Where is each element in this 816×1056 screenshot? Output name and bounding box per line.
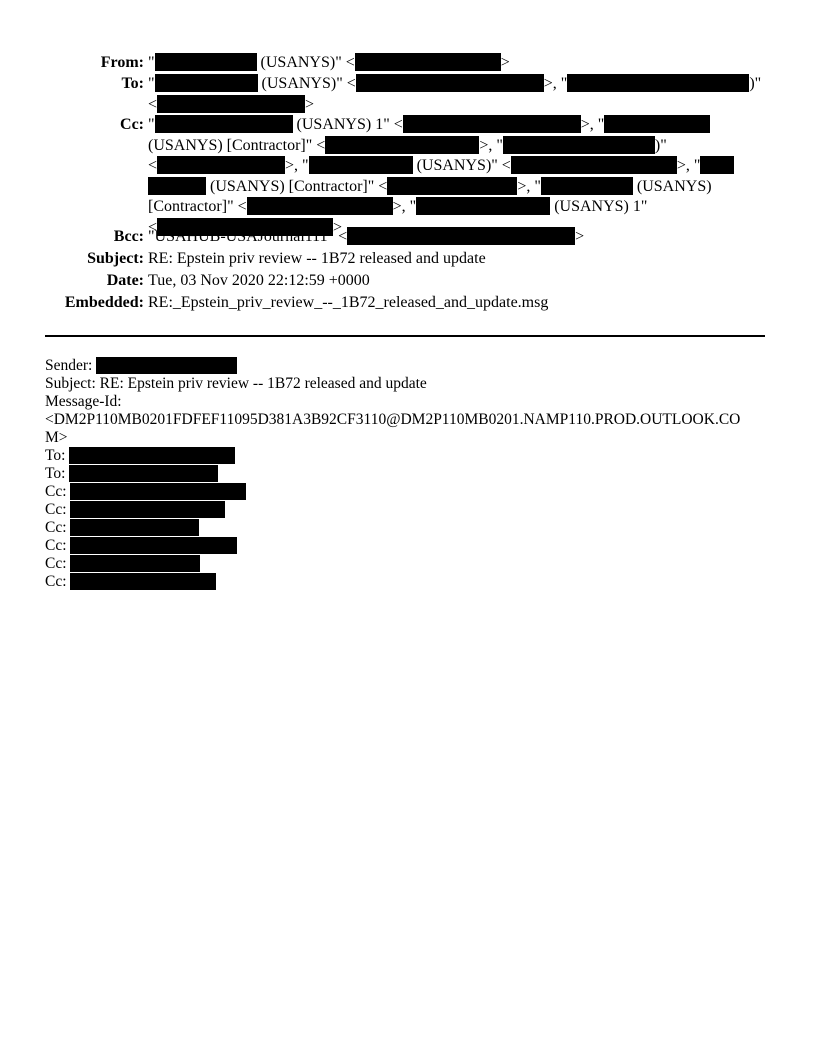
recipient-line: Cc:	[45, 555, 775, 573]
embedded-label: Embedded:	[65, 293, 144, 313]
redaction-block	[541, 177, 633, 195]
section-divider	[45, 335, 765, 337]
redaction-block	[70, 573, 216, 590]
date-label: Date:	[107, 271, 144, 291]
redaction-block	[70, 555, 200, 572]
redaction-block	[155, 53, 257, 71]
bcc-value: "USAHUB-USAJournal111" <>	[148, 227, 778, 248]
redaction-block	[96, 357, 237, 374]
redaction-block	[157, 156, 285, 174]
redaction-block	[157, 95, 305, 113]
redaction-block	[511, 156, 677, 174]
embedded-value: RE:_Epstein_priv_review_--_1B72_released…	[148, 293, 778, 314]
cc-value: " (USANYS) 1" <>, " (USANYS) [Contractor…	[148, 115, 778, 238]
redaction-block	[148, 177, 206, 195]
redaction-block	[403, 115, 581, 133]
redaction-block	[70, 501, 225, 518]
subject-line: Subject: RE: Epstein priv review -- 1B72…	[45, 375, 775, 393]
redaction-block	[70, 519, 199, 536]
recipient-line: To:	[45, 447, 775, 465]
redaction-block	[567, 74, 749, 92]
redaction-block	[70, 483, 246, 500]
recipient-line: Cc:	[45, 519, 775, 537]
redaction-block	[356, 74, 544, 92]
to-value: " (USANYS)" <>, ")" <>	[148, 74, 778, 115]
message-id-label: Message-Id:	[45, 393, 775, 411]
redaction-block	[69, 447, 235, 464]
redaction-block	[604, 115, 710, 133]
recipient-line: Cc:	[45, 573, 775, 591]
from-value: " (USANYS)" <>	[148, 53, 778, 74]
subject-value: RE: Epstein priv review -- 1B72 released…	[148, 249, 778, 270]
redaction-block	[247, 197, 393, 215]
date-value: Tue, 03 Nov 2020 22:12:59 +0000	[148, 271, 778, 292]
redaction-block	[309, 156, 413, 174]
to-label: To:	[121, 74, 144, 94]
subject-label: Subject:	[87, 249, 144, 269]
message-metadata: Sender: Subject: RE: Epstein priv review…	[45, 357, 775, 591]
message-id-line-cont: M>	[45, 429, 775, 447]
from-label: From:	[101, 53, 144, 73]
recipient-line: Cc:	[45, 501, 775, 519]
cc-label: Cc:	[120, 115, 144, 135]
redaction-block	[347, 227, 575, 245]
redaction-block	[416, 197, 550, 215]
sender-line: Sender:	[45, 357, 775, 375]
redaction-block	[387, 177, 517, 195]
redaction-block	[325, 136, 479, 154]
message-id-line: <DM2P110MB0201FDFEF11095D381A3B92CF3110@…	[45, 411, 775, 429]
redaction-block	[155, 74, 258, 92]
recipient-line: Cc:	[45, 483, 775, 501]
redaction-block	[503, 136, 655, 154]
bcc-label: Bcc:	[114, 227, 144, 247]
recipient-line: Cc:	[45, 537, 775, 555]
redaction-block	[155, 115, 293, 133]
redaction-block	[700, 156, 734, 174]
redaction-block	[70, 537, 237, 554]
recipient-line: To:	[45, 465, 775, 483]
redaction-block	[355, 53, 501, 71]
redaction-block	[69, 465, 218, 482]
